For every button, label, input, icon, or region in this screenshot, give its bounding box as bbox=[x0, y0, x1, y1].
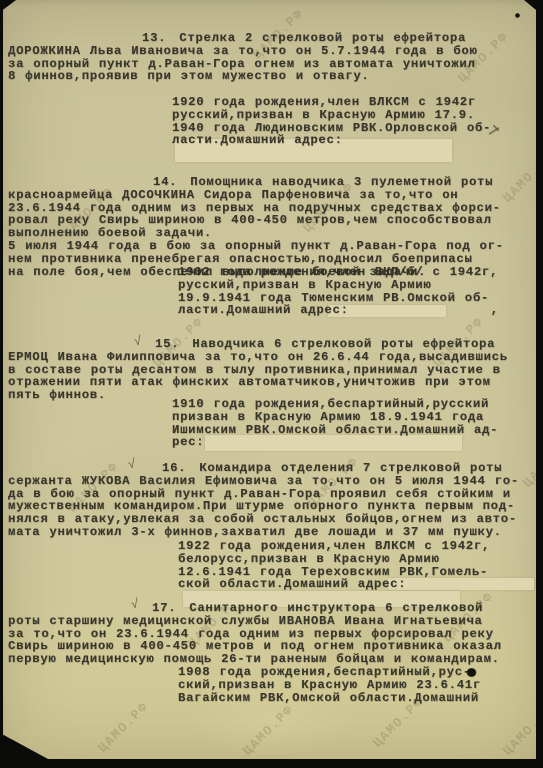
info-line: белорусс,призван в Красную Армию bbox=[178, 553, 540, 566]
info-line: ласти.Домашний адрес:, bbox=[178, 304, 540, 317]
entry-17-body: 17.Санитарного инструктора 6 стрелковой … bbox=[8, 602, 540, 666]
entry-line: 5 июля 1944 года в бою за опорный пункт … bbox=[8, 240, 540, 253]
scanned-document: ЦАМО.РФ ЦАМО.РФ ЦАМО.РФ ЦАМО.РФ ЦАМО.РФ … bbox=[0, 0, 543, 768]
info-line: русский,призван в Красную Армию bbox=[178, 279, 540, 292]
entry-line: мата уничтожил 3-х финнов,захватил две л… bbox=[8, 526, 540, 539]
ink-speck bbox=[515, 13, 520, 18]
entry-16-body: 16.Командира отделения 7 стрелковой роты… bbox=[8, 462, 540, 539]
info-line: 1908 года рождения,беспартийный,рус- bbox=[178, 666, 540, 679]
paper-hole bbox=[466, 668, 477, 677]
entry-line: 8 финнов,проявив при этом мужество и отв… bbox=[8, 70, 540, 83]
info-line: ласти.Домашний адрес: bbox=[172, 134, 540, 147]
entry-15-info: 1910 года рождения,беспартийный,русский … bbox=[172, 398, 540, 449]
entry-text: Санитарного инструктора 6 стрелковой bbox=[189, 601, 483, 615]
info-line: Вагайским РВК,Омской области.Домашний bbox=[178, 692, 540, 705]
entry-17-info: 1908 года рождения,беспартийный,рус- ски… bbox=[178, 666, 540, 704]
info-line: русский,призван в Красную Армию 17.9. bbox=[172, 109, 540, 122]
info-line: ской области.Домашний адрес: bbox=[178, 578, 540, 591]
entry-number: 17. bbox=[152, 601, 176, 615]
info-line: 1902 года рождения,член ВКП/б/ с 1942г, bbox=[178, 266, 540, 279]
entry-line: роты старшину медицинской службы ИВАНОВА… bbox=[8, 615, 540, 628]
entry-text: Командира отделения 7 стрелковой роты bbox=[199, 461, 502, 475]
watermark-text: ЦАМО.РФ bbox=[95, 699, 152, 756]
entry-15-body: 15.Наводчика 6 стрелковой роты ефрейтора… bbox=[8, 338, 540, 402]
entry-number: 13. bbox=[142, 31, 166, 45]
info-line: 1910 года рождения,беспартийный,русский bbox=[172, 398, 540, 411]
entry-16-info: 1922 года рождения,член ВЛКСМ с 1942г, б… bbox=[178, 540, 540, 591]
entry-14-info: 1902 года рождения,член ВКП/б/ с 1942г, … bbox=[178, 266, 540, 317]
entry-line: ДОРОЖКИНА Льва Ивановича за то,что он 5.… bbox=[8, 45, 540, 58]
watermark-text: ЦАМО.РФ bbox=[240, 702, 297, 759]
info-line: 1922 года рождения,член ВЛКСМ с 1942г, bbox=[178, 540, 540, 553]
info-text: ласти.Домашний адрес: bbox=[178, 303, 349, 317]
entry-text: Стрелка 2 стрелковой роты ефрейтора bbox=[179, 31, 466, 45]
entry-14-body: 14.Помощника наводчика 3 пулеметной роты… bbox=[8, 176, 540, 278]
entry-text: Помощника наводчика 3 пулеметной роты bbox=[190, 175, 493, 189]
info-line: призван в Красную Армию 18.9.1941 года bbox=[172, 411, 540, 424]
entry-number: 15. bbox=[155, 337, 179, 351]
entry-13-info: 1920 года рождения,член ВЛКСМ с 1942г ру… bbox=[172, 96, 540, 147]
entry-number: 14. bbox=[153, 175, 177, 189]
scan-edge-bottom bbox=[0, 759, 543, 768]
entry-line: красноармейца ДОСОЧКИНА Сидора Парфенови… bbox=[8, 189, 540, 202]
entry-line: 14.Помощника наводчика 3 пулеметной роты bbox=[8, 176, 540, 189]
entry-number: 16. bbox=[162, 461, 186, 475]
info-line: ский,призван в Красную Армию 23.6.41г bbox=[178, 679, 540, 692]
info-line: Ишимским РВК.Омской области.Домашний ад- bbox=[172, 424, 540, 437]
scan-edge-left bbox=[0, 0, 3, 768]
entry-line: 15.Наводчика 6 стрелковой роты ефрейтора bbox=[8, 338, 540, 351]
info-line: 1920 года рождения,член ВЛКСМ с 1942г bbox=[172, 96, 540, 109]
info-tail: , bbox=[491, 303, 499, 317]
paper-page: ЦАМО.РФ ЦАМО.РФ ЦАМО.РФ ЦАМО.РФ ЦАМО.РФ … bbox=[0, 0, 543, 768]
entry-line: 13.Стрелка 2 стрелковой роты ефрейтора bbox=[8, 32, 540, 45]
entry-line: сержанта ЖУКОВА Василия Ефимовича за то,… bbox=[8, 475, 540, 488]
entry-line: 16.Командира отделения 7 стрелковой роты bbox=[8, 462, 540, 475]
entry-text: Наводчика 6 стрелковой роты ефрейтора bbox=[192, 337, 495, 351]
entry-line: 17.Санитарного инструктора 6 стрелковой bbox=[8, 602, 540, 615]
entry-13-body: 13.Стрелка 2 стрелковой роты ефрейтора Д… bbox=[8, 32, 540, 83]
scan-edge-right bbox=[536, 0, 543, 768]
entry-line: ЕРМОЦ Ивана Филипповича за то,что он 26.… bbox=[8, 351, 540, 364]
entry-line: нем противника пренебрегая опасностью,по… bbox=[8, 253, 540, 266]
info-line: рес: bbox=[172, 436, 540, 449]
